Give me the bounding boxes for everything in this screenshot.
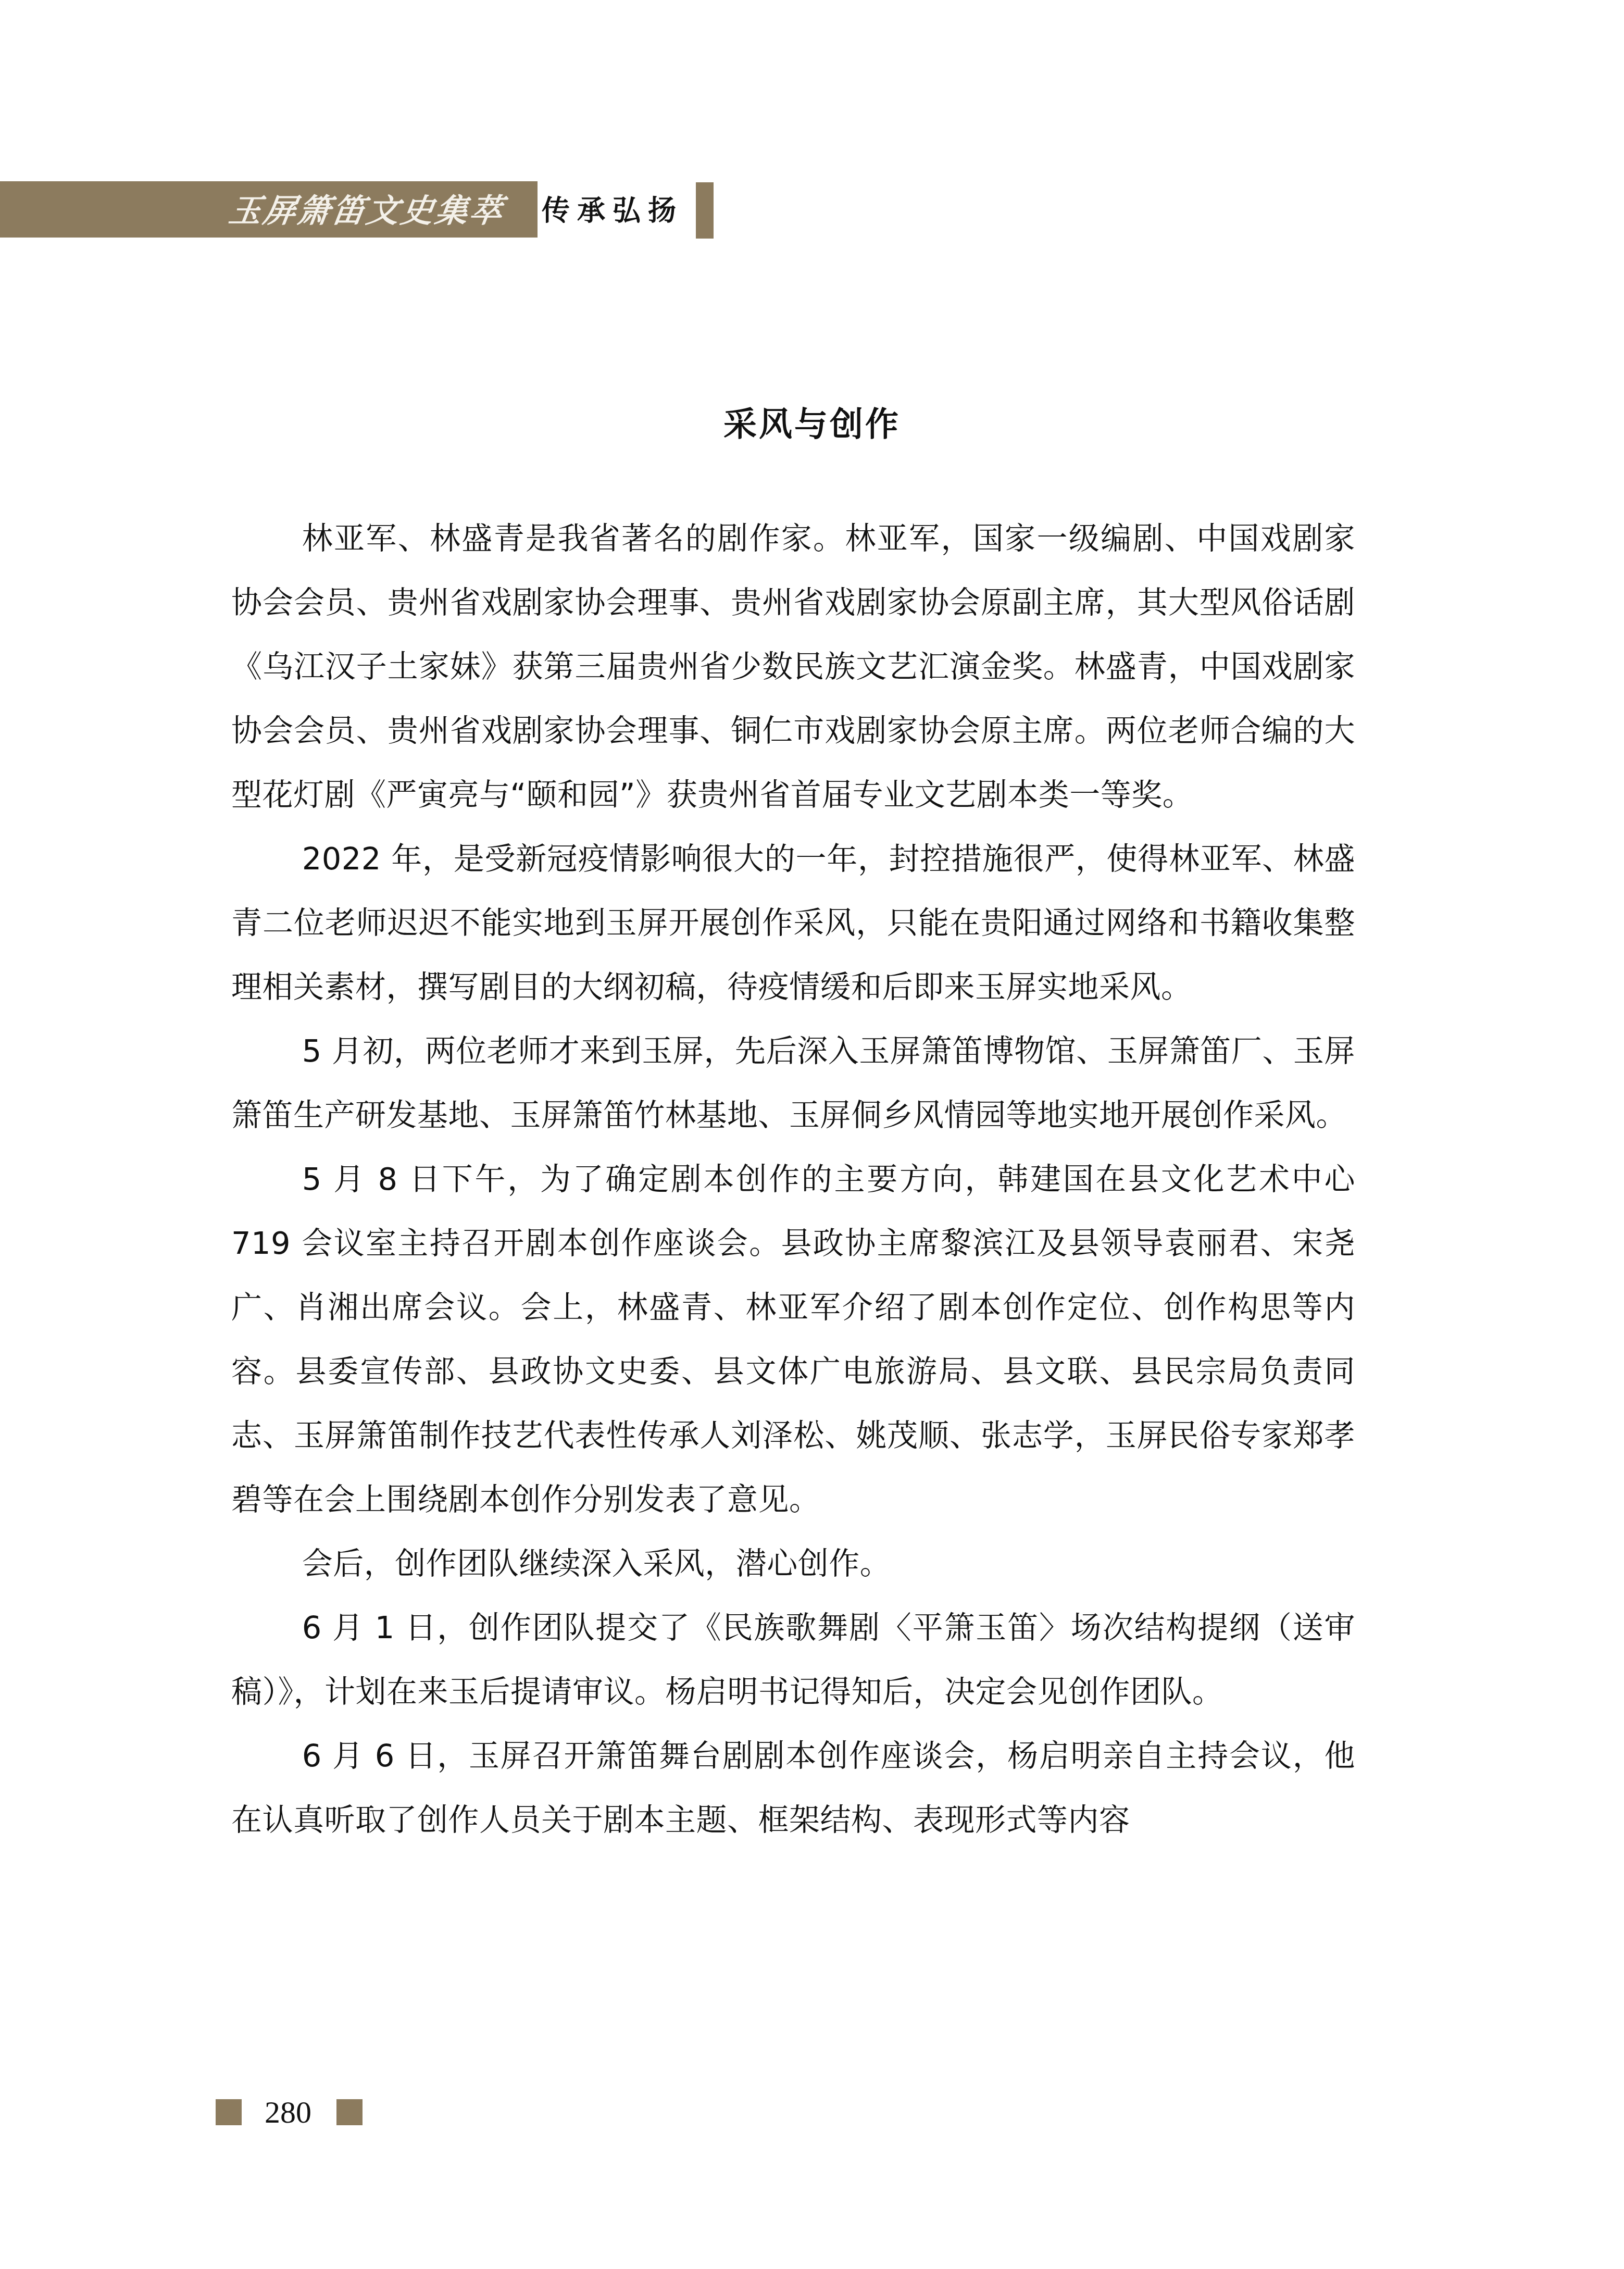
article-body: 林亚军、林盛青是我省著名的剧作家。林亚军，国家一级编剧、中国戏剧家协会会员、贵州… — [231, 506, 1355, 1852]
paragraph-june-6: 6 月 6 日，玉屏召开箫笛舞台剧剧本创作座谈会，杨启明亲自主持会议，他在认真听… — [231, 1724, 1355, 1852]
page-footer: 280 — [216, 2097, 363, 2128]
paragraph-may-visit: 5 月初，两位老师才来到玉屏，先后深入玉屏箫笛博物馆、玉屏箫笛厂、玉屏箫笛生产研… — [231, 1019, 1355, 1147]
article-title: 采风与创作 — [0, 398, 1624, 451]
paragraph-may-8-meeting: 5 月 8 日下午，为了确定剧本创作的主要方向，韩建国在县文化艺术中心 719 … — [231, 1147, 1355, 1531]
paragraph-after-meeting: 会后，创作团队继续深入采风，潜心创作。 — [231, 1531, 1355, 1595]
header-end-bar — [696, 182, 714, 239]
page-number: 280 — [265, 2097, 311, 2128]
paragraph-authors-intro: 林亚军、林盛青是我省著名的剧作家。林亚军，国家一级编剧、中国戏剧家协会会员、贵州… — [231, 506, 1355, 827]
footer-square-right — [336, 2099, 363, 2125]
section-title: 传承弘扬 — [542, 189, 683, 232]
paragraph-june-1: 6 月 1 日，创作团队提交了《民族歌舞剧〈平箫玉笛〉场次结构提纲（送审稿）》，… — [231, 1595, 1355, 1724]
footer-square-left — [216, 2099, 242, 2125]
series-title-calligraphy: 玉屏箫笛文史集萃 — [226, 188, 524, 234]
paragraph-covid-2022: 2022 年，是受新冠疫情影响很大的一年，封控措施很严，使得林亚军、林盛青二位老… — [231, 827, 1355, 1019]
